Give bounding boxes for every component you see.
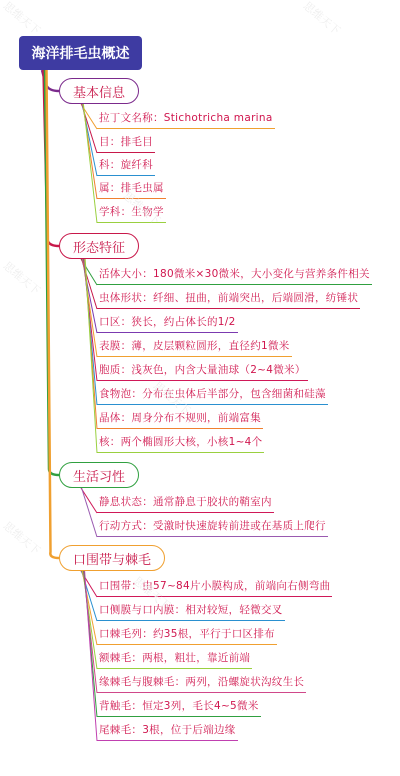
leaf-latin-name[interactable]: 拉丁文名称：Stichotricha marina (97, 110, 275, 129)
leaf-family[interactable]: 科：旋纤科 (97, 157, 155, 176)
leaf-order[interactable]: 目：排毛目 (97, 134, 155, 153)
leaf-nucleus[interactable]: 核：两个椭圆形大核，小核1~4个 (97, 434, 264, 453)
root-node[interactable]: 海洋排毛虫概述 (19, 36, 142, 70)
branch-basic-info[interactable]: 基本信息 (59, 78, 139, 104)
leaf-buccal-cirri[interactable]: 口棘毛列：约35根，平行于口区排布 (97, 626, 277, 645)
leaf-locomotion[interactable]: 行动方式：受激时快速旋转前进或在基质上爬行 (97, 518, 328, 537)
branch-oral-ciliature[interactable]: 口围带与棘毛 (59, 545, 165, 571)
leaf-body-shape[interactable]: 虫体形状：纤细、扭曲，前端突出，后端圆滑，纺锤状 (97, 290, 360, 309)
leaf-frontal-cirri[interactable]: 额棘毛：两根，粗壮，靠近前端 (97, 650, 252, 669)
leaf-oral-area[interactable]: 口区：狭长，约占体长的1/2 (97, 314, 238, 333)
leaf-cytoplasm[interactable]: 胞质：浅灰色，内含大量油球（2~4微米） (97, 362, 308, 381)
mindmap-canvas: 海洋排毛虫概述 基本信息 拉丁文名称：Stichotricha marina 目… (0, 0, 400, 776)
leaf-caudal-cirri[interactable]: 尾棘毛：3根，位于后端边缘 (97, 722, 238, 741)
branch-habits[interactable]: 生活习性 (59, 462, 139, 488)
leaf-resting-state[interactable]: 静息状态：通常静息于胶状的鞘室内 (97, 494, 274, 513)
leaf-food-vacuole[interactable]: 食物泡：分布在虫体后半部分，包含细菌和硅藻 (97, 386, 328, 405)
leaf-dorsal-bristles[interactable]: 背触毛：恒定3列，毛长4~5微米 (97, 698, 261, 717)
leaf-live-size[interactable]: 活体大小：180微米×30微米，大小变化与营养条件相关 (97, 266, 372, 285)
branch-morphology[interactable]: 形态特征 (59, 233, 139, 259)
leaf-undulating-membranes[interactable]: 口侧膜与口内膜：相对较短，轻微交叉 (97, 602, 285, 621)
leaf-marginal-ventral-cirri[interactable]: 缘棘毛与腹棘毛：两列，沿螺旋状沟纹生长 (97, 674, 306, 693)
leaf-pellicle[interactable]: 表膜：薄，皮层颗粒圆形，直径约1微米 (97, 338, 292, 357)
